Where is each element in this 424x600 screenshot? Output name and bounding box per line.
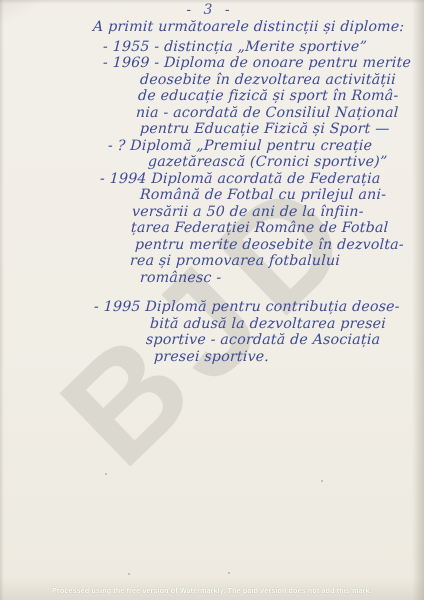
handwritten-line: presei sportive. [0,349,424,366]
paper-speck [105,473,107,475]
handwritten-line: românesc - [0,270,424,287]
paper-speck [321,480,323,482]
watermarkly-footer-text: Processed using the free version of Wate… [52,588,372,595]
handwritten-line: rea și promovarea fotbalului [0,253,424,270]
watermarkly-footer-band: Processed using the free version of Wate… [0,578,424,600]
scan-edge-shadow-top [0,0,424,4]
handwritten-line: - 1995 Diplomă pentru contribuția deose- [0,299,424,316]
handwritten-line: deosebite în dezvoltarea activității [0,72,424,89]
handwritten-line: - 1969 - Diploma de onoare pentru merite [0,55,424,72]
page-number: - 3 - [150,2,270,18]
handwritten-text-block: A primit următoarele distincții și diplo… [0,19,424,365]
handwritten-line: - ? Diplomă „Premiul pentru creație [0,138,424,155]
handwritten-line: - 1994 Diplomă acordată de Federația [0,171,424,188]
handwritten-line: de educație fizică și sport în Româ- [0,88,424,105]
handwritten-line: A primit următoarele distincții și diplo… [0,19,424,36]
handwritten-line: versării a 50 de ani de la înfiin- [0,204,424,221]
scanned-document-page: BJD - 3 - A primit următoarele distincți… [0,0,424,600]
paper-speck [228,572,230,574]
scan-corner-shadow [0,0,60,30]
scan-edge-shadow-left [0,0,4,600]
handwritten-line: pentru merite deosebite în dezvolta- [0,237,424,254]
handwritten-line: - 1955 - distincția „Merite sportive” [0,39,424,56]
handwritten-line: pentru Educație Fizică și Sport — [0,121,424,138]
handwritten-line: Română de Fotbal cu prilejul ani- [0,187,424,204]
handwritten-line: nia - acordată de Consiliul Național [0,105,424,122]
handwritten-line: sportive - acordată de Asociația [0,332,424,349]
paper-speck [128,573,130,575]
handwritten-line: bită adusă la dezvoltarea presei [0,316,424,333]
scan-edge-shadow-right [412,0,424,600]
handwritten-line: gazetărească (Cronici sportive)” [0,154,424,171]
handwritten-line: țarea Federației Române de Fotbal [0,220,424,237]
